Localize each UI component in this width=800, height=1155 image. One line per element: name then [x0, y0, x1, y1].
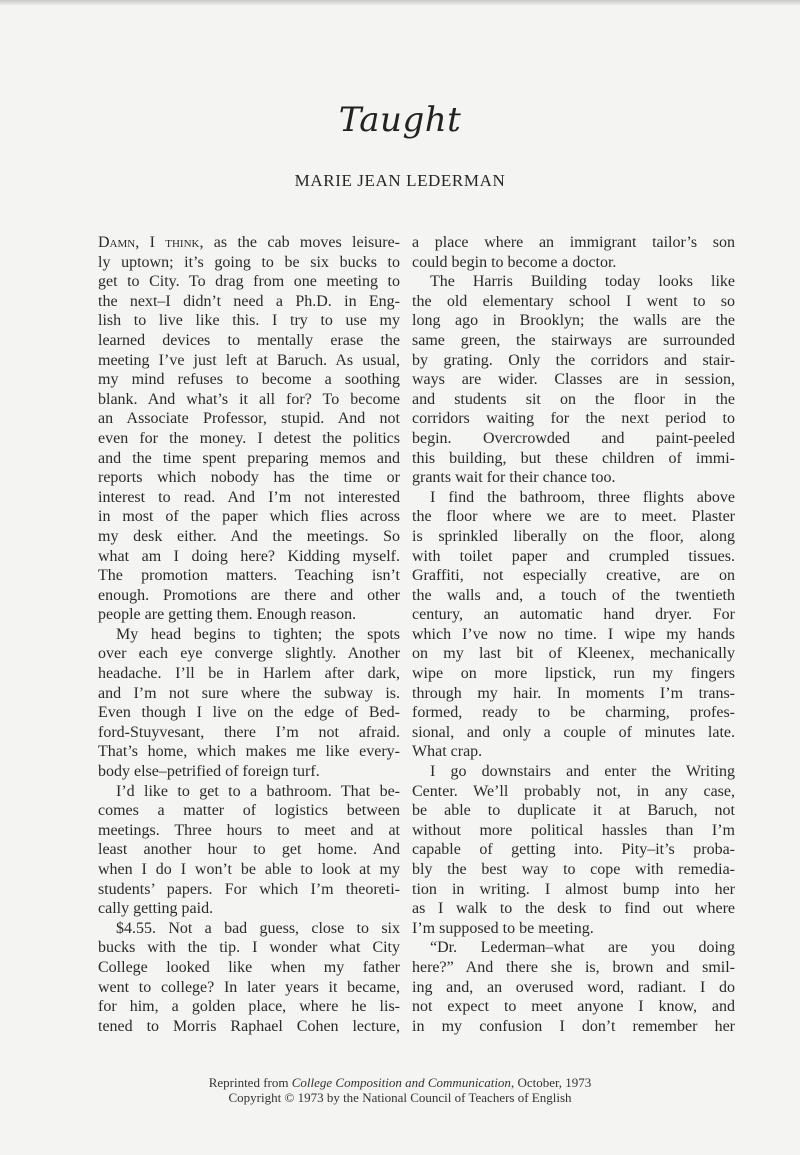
text-line: which I’ve now no time. I wipe my hands [412, 625, 735, 645]
reprint-footer: Reprinted from College Composition and C… [0, 1075, 800, 1105]
text-line: in most of the paper which flies across [98, 507, 400, 527]
text-line: be able to duplicate it at Baruch, not [412, 801, 735, 821]
text-line: What crap. [412, 742, 735, 762]
text-line: bucks with the tip. I wonder what City [98, 938, 400, 958]
text-line: my mind refuses to become a soothing [98, 370, 400, 390]
text-line: least another hour to get home. And [98, 840, 400, 860]
text-line: same green, the stairways are surrounded [412, 331, 735, 351]
text-line: meeting I’ve just left at Baruch. As usu… [98, 351, 400, 371]
copyright-line: Copyright © 1973 by the National Council… [0, 1090, 800, 1105]
text-line: the walls and, a touch of the twentieth [412, 586, 735, 606]
text-line: with toilet paper and crumpled tissues. [412, 547, 735, 567]
text-line: $4.55. Not a bad guess, close to six [98, 919, 400, 939]
text-line: Damn, I think, as the cab moves leisure- [98, 233, 400, 253]
text-line: as I walk to the desk to find out where [412, 899, 735, 919]
text-line: a place where an immigrant tailor’s son [412, 233, 735, 253]
text-line: when I do I won’t be able to look at my [98, 860, 400, 880]
text-line: The Harris Building today looks like [412, 272, 735, 292]
text-line: my desk either. And the meetings. So [98, 527, 400, 547]
text-line: reports which nobody has the time or [98, 468, 400, 488]
line-text: as the cab moves leisure- [203, 234, 400, 251]
text-line: interest to read. And I’m not interested [98, 488, 400, 508]
text-line: not expect to meet anyone I know, and [412, 997, 735, 1017]
journal-name: College Composition and Communication [292, 1075, 511, 1090]
text-line: through my hair. In moments I’m trans- [412, 684, 735, 704]
text-line: went to college? In later years it becam… [98, 978, 400, 998]
text-line: headache. I’ll be in Harlem after dark, [98, 664, 400, 684]
text-line: I find the bathroom, three flights above [412, 488, 735, 508]
text-line: what am I doing here? Kidding myself. [98, 547, 400, 567]
text-line: “Dr. Lederman–what are you doing [412, 938, 735, 958]
text-line: sional, and only a couple of minutes lat… [412, 723, 735, 743]
text-line: learned devices to mentally erase the [98, 331, 400, 351]
text-line: bly the best way to cope with remedia- [412, 860, 735, 880]
text-line: formed, ready to be charming, profes- [412, 703, 735, 723]
text-line: in my confusion I don’t remember her [412, 1017, 735, 1037]
text-line: could begin to become a doctor. [412, 253, 735, 273]
text-line: I go downstairs and enter the Writing [412, 762, 735, 782]
text-line: corridors waiting for the next period to [412, 409, 735, 429]
text-line: Graffiti, not especially creative, are o… [412, 566, 735, 586]
text-line: meetings. Three hours to meet and at [98, 821, 400, 841]
text-line: for him, a golden place, where he lis- [98, 997, 400, 1017]
text-line: College looked like when my father [98, 958, 400, 978]
text-line: here?” And there she is, brown and smil- [412, 958, 735, 978]
text-line: Even though I live on the edge of Bed- [98, 703, 400, 723]
text-line: enough. Promotions are there and other [98, 586, 400, 606]
text-line: My head begins to tighten; the spots [98, 625, 400, 645]
text-line: Center. We’ll probably not, in any case, [412, 782, 735, 802]
text-line: comes a matter of logistics between [98, 801, 400, 821]
text-line: century, an automatic hand dryer. For [412, 605, 735, 625]
text-line: on my last bit of Kleenex, mechanically [412, 644, 735, 664]
page-top-shadow [0, 0, 800, 6]
text-line: capable of getting into. Pity–it’s proba… [412, 840, 735, 860]
reprint-prefix: Reprinted from [209, 1075, 292, 1090]
text-line: the old elementary school I went to so [412, 292, 735, 312]
reprint-line: Reprinted from College Composition and C… [0, 1075, 800, 1090]
text-line: tened to Morris Raphael Cohen lecture, [98, 1017, 400, 1037]
text-line: and students sit on the floor in the [412, 390, 735, 410]
drop-lead-smallcaps: Damn, I think, [98, 234, 203, 251]
text-line: ly uptown; it’s going to be six bucks to [98, 253, 400, 273]
text-line: and the time spent preparing memos and [98, 449, 400, 469]
text-line: The promotion matters. Teaching isn’t [98, 566, 400, 586]
reprint-date: , October, 1973 [511, 1075, 591, 1090]
text-line: long ago in Brooklyn; the walls are the [412, 311, 735, 331]
text-line: lish to live like this. I try to use my [98, 311, 400, 331]
article-author: MARIE JEAN LEDERMAN [0, 171, 800, 191]
text-line: body else–petrified of foreign turf. [98, 762, 400, 782]
text-line: over each eye converge slightly. Another [98, 644, 400, 664]
text-line: the next–I didn’t need a Ph.D. in Eng- [98, 292, 400, 312]
text-line: this building, but these children of imm… [412, 449, 735, 469]
text-line: ing and, an overused word, radiant. I do [412, 978, 735, 998]
text-line: people are getting them. Enough reason. [98, 605, 400, 625]
text-line: even for the money. I detest the politic… [98, 429, 400, 449]
text-line: get to City. To drag from one meeting to [98, 272, 400, 292]
text-line: begin. Overcrowded and paint-peeled [412, 429, 735, 449]
text-line: I’m supposed to be meeting. [412, 919, 735, 939]
text-line: ford-Stuyvesant, there I’m not afraid. [98, 723, 400, 743]
text-line: grants wait for their chance too. [412, 468, 735, 488]
text-line: wipe on more lipstick, run my fingers [412, 664, 735, 684]
text-line: That’s home, which makes me like every- [98, 742, 400, 762]
text-line: and I’m not sure where the subway is. [98, 684, 400, 704]
text-line: cally getting paid. [98, 899, 400, 919]
article-title: Taught [0, 100, 800, 140]
text-line: blank. And what’s it all for? To become [98, 390, 400, 410]
text-line: the floor where we are to meet. Plaster [412, 507, 735, 527]
text-line: tion in writing. I almost bump into her [412, 880, 735, 900]
text-line: an Associate Professor, stupid. And not [98, 409, 400, 429]
right-text-column: a place where an immigrant tailor’s sonc… [412, 233, 735, 1036]
text-line: students’ papers. For which I’m theoreti… [98, 880, 400, 900]
text-line: without more political hassles than I’m [412, 821, 735, 841]
text-line: is sprinkled liberally on the floor, alo… [412, 527, 735, 547]
left-text-column: Damn, I think, as the cab moves leisure-… [98, 233, 400, 1036]
text-line: by grating. Only the corridors and stair… [412, 351, 735, 371]
text-line: ways are wider. Classes are in session, [412, 370, 735, 390]
text-line: I’d like to get to a bathroom. That be- [98, 782, 400, 802]
